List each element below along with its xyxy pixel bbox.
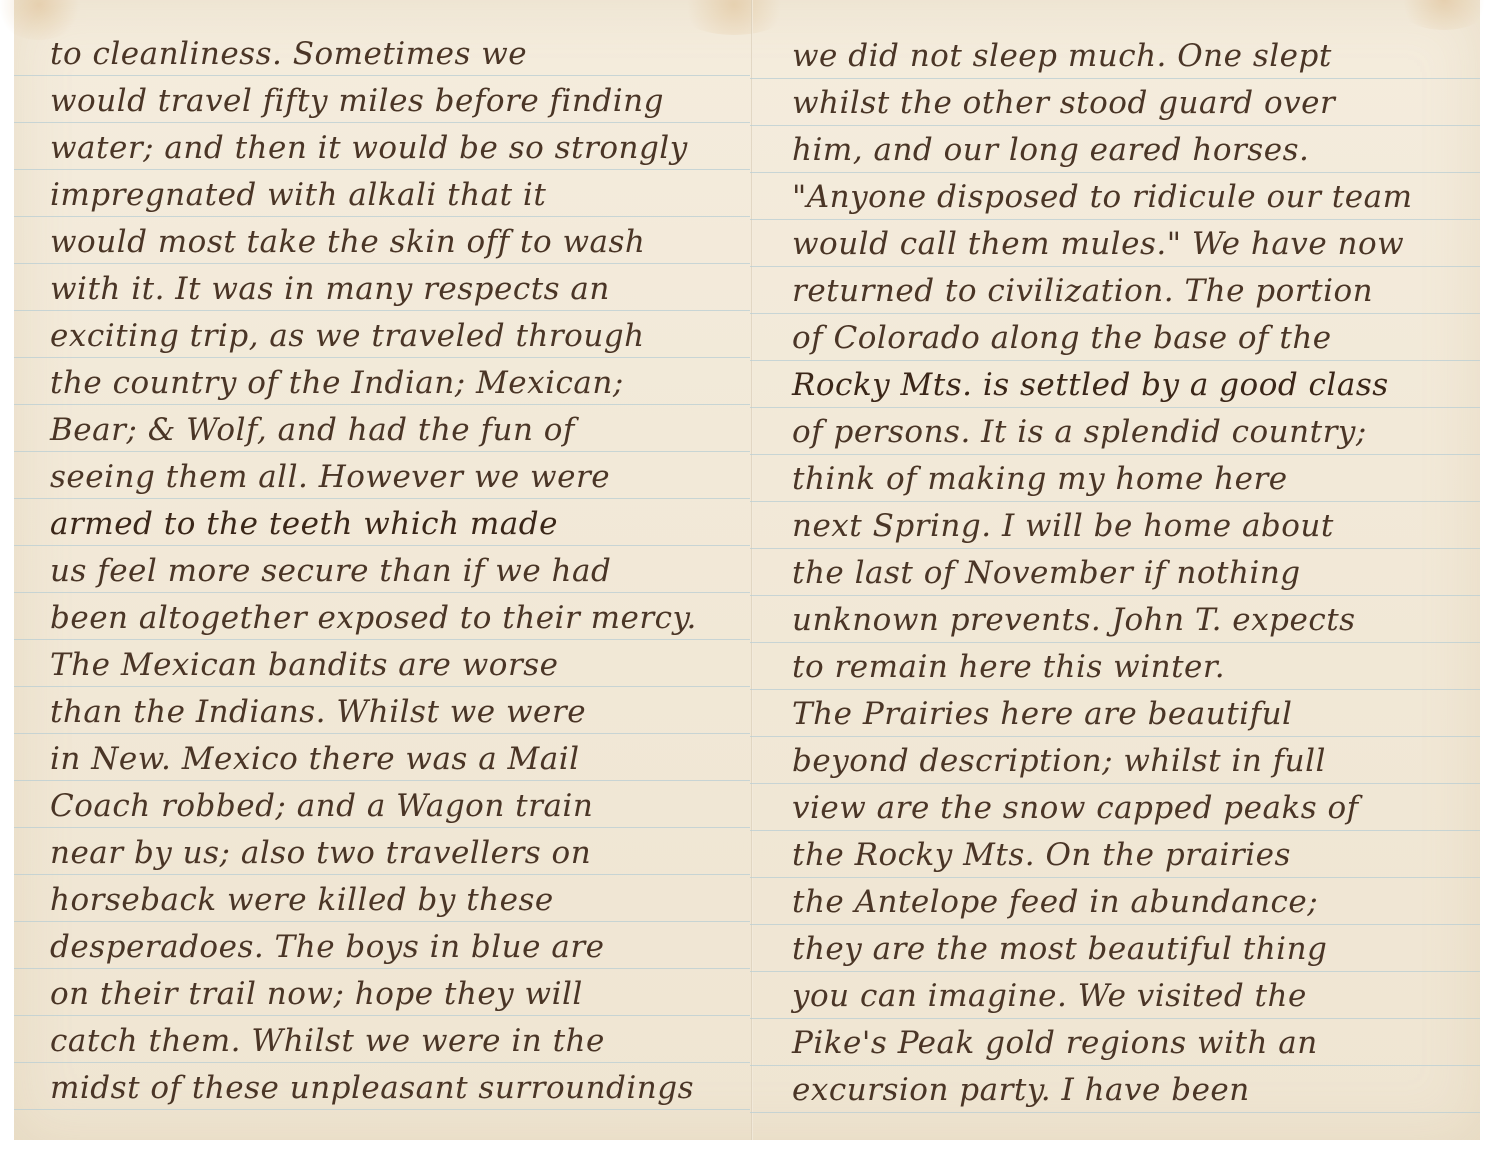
letter-line: view are the snow capped peaks of — [792, 782, 1359, 834]
letter-line: excursion party. I have been — [792, 1064, 1250, 1116]
letter-line: The Prairies here are beautiful — [792, 688, 1292, 740]
letter-line: seeing them all. However we were — [50, 451, 610, 503]
letter-line: think of making my home here — [792, 453, 1288, 505]
letter-line: The Mexican bandits are worse — [50, 639, 559, 691]
letter-line: Bear; & Wolf, and had the fun of — [50, 404, 575, 456]
letter-line: Coach robbed; and a Wagon train — [50, 780, 593, 832]
letter-line: us feel more secure than if we had — [50, 545, 611, 597]
letter-line: would travel fifty miles before finding — [50, 75, 664, 127]
letter-line: the Rocky Mts. On the prairies — [792, 829, 1291, 881]
letter-sheet: to cleanliness. Sometimes we would trave… — [14, 0, 1480, 1140]
letter-line: to cleanliness. Sometimes we — [50, 28, 527, 80]
letter-line: to remain here this winter. — [792, 641, 1225, 693]
letter-line: than the Indians. Whilst we were — [50, 686, 586, 738]
letter-line: with it. It was in many respects an — [50, 263, 610, 315]
letter-line: on their trail now; hope they will — [50, 968, 583, 1020]
letter-line: in New. Mexico there was a Mail — [50, 733, 580, 785]
letter-line: armed to the teeth which made — [50, 498, 558, 550]
letter-line: of Colorado along the base of the — [792, 312, 1332, 364]
letter-line: exciting trip, as we traveled through — [50, 310, 645, 362]
letter-line: next Spring. I will be home about — [792, 500, 1334, 552]
letter-line: would most take the skin off to wash — [50, 216, 645, 268]
letter-line: Pike's Peak gold regions with an — [792, 1017, 1318, 1069]
letter-line: Rocky Mts. is settled by a good class — [792, 359, 1389, 411]
left-page: to cleanliness. Sometimes we would trave… — [14, 0, 750, 1140]
letter-line: would call them mules." We have now — [792, 218, 1404, 270]
letter-line: unknown prevents. John T. expects — [792, 594, 1356, 646]
letter-line: water; and then it would be so strongly — [50, 122, 688, 174]
letter-line: near by us; also two travellers on — [50, 827, 591, 879]
letter-line: whilst the other stood guard over — [792, 77, 1335, 129]
letter-line: you can imagine. We visited the — [792, 970, 1307, 1022]
letter-line: the country of the Indian; Mexican; — [50, 357, 624, 409]
letter-line: of persons. It is a splendid country; — [792, 406, 1367, 458]
letter-line: been altogether exposed to their mercy. — [50, 592, 697, 644]
letter-line: returned to civilization. The portion — [792, 265, 1373, 317]
letter-line: midst of these unpleasant surroundings — [50, 1062, 694, 1114]
letter-line: the last of November if nothing — [792, 547, 1301, 599]
letter-line: the Antelope feed in abundance; — [792, 876, 1318, 928]
letter-line: catch them. Whilst we were in the — [50, 1015, 605, 1067]
letter-line: beyond description; whilst in full — [792, 735, 1326, 787]
letter-line: "Anyone disposed to ridicule our team — [792, 171, 1412, 223]
letter-line: horseback were killed by these — [50, 874, 554, 926]
letter-line: they are the most beautiful thing — [792, 923, 1327, 975]
letter-line: him, and our long eared horses. — [792, 124, 1309, 176]
right-page: we did not sleep much. One slept whilst … — [750, 0, 1480, 1140]
letter-line: impregnated with alkali that it — [50, 169, 546, 221]
letter-line: we did not sleep much. One slept — [792, 30, 1332, 82]
letter-line: desperadoes. The boys in blue are — [50, 921, 605, 973]
